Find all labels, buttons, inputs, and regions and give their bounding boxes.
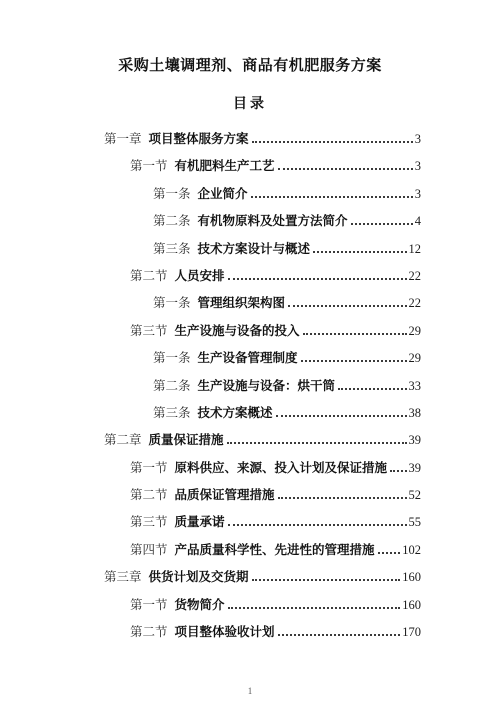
toc-leader-dots [378,551,401,554]
toc-entry-prefix: 第二条 [153,376,191,394]
toc-entry[interactable]: 第三章 供货计划及交货期 160 [104,567,421,594]
toc-leader-dots [278,167,413,170]
toc-entry-prefix: 第一条 [153,348,191,366]
toc-entry-prefix: 第一条 [153,293,191,311]
toc-entry-page: 22 [409,269,422,284]
toc-entry-title: 人员安排 [175,266,225,284]
toc-leader-dots [251,195,413,198]
toc-leader-dots [227,441,407,444]
toc-entry[interactable]: 第一条 企业简介 3 [104,184,421,211]
toc-entry-title: 技术方案概述 [198,403,273,421]
toc-entry-title: 生产设备管理制度 [198,348,298,366]
toc-leader-dots [390,469,406,472]
toc-entry-prefix: 第一节 [130,156,168,174]
toc-entry-prefix: 第一节 [130,458,168,476]
toc-entry-page: 160 [402,570,421,585]
toc-entry-title: 企业简介 [198,184,248,202]
toc-entry-page: 12 [409,242,422,257]
toc-entry-prefix: 第三条 [153,403,191,421]
toc-entry-page: 3 [415,187,421,202]
toc-entry-page: 38 [409,406,422,421]
toc-leader-dots [313,250,406,253]
toc-leader-dots [288,304,406,307]
toc-entry-title: 产品质量科学性、先进性的管理措施 [175,540,375,558]
toc-entry[interactable]: 第三节 生产设施与设备的投入 29 [104,321,421,348]
toc-entry-prefix: 第二章 [104,430,142,448]
toc-entry[interactable]: 第二章 质量保证措施 39 [104,430,421,457]
toc-entry-page: 55 [409,515,422,530]
toc-entry-page: 39 [409,461,422,476]
toc-leader-dots [278,496,407,499]
toc-leader-dots [252,140,413,143]
toc-entry-prefix: 第三节 [130,512,168,530]
toc-entry-prefix: 第一条 [153,184,191,202]
toc-entry-page: 22 [409,296,422,311]
toc-entry-title: 货物简介 [175,595,225,613]
toc-entry-title: 供货计划及交货期 [149,567,249,585]
toc-entry-page: 29 [409,351,422,366]
toc-entry-page: 29 [409,324,422,339]
toc-entry[interactable]: 第一条 生产设备管理制度 29 [104,348,421,375]
document-page: 采购土壤调理剂、商品有机肥服务方案 目录 第一章 项目整体服务方案 3 第一节 … [0,0,500,707]
footer-page-number: 1 [0,686,500,696]
toc-entry-page: 3 [415,159,421,174]
toc-leader-dots [303,332,407,335]
toc-entry-page: 33 [409,379,422,394]
toc-entry-title: 有机肥料生产工艺 [175,156,275,174]
toc-entry-title: 质量保证措施 [149,430,224,448]
toc-leader-dots [228,523,407,526]
toc-entry-prefix: 第三章 [104,567,142,585]
toc-entry-title: 生产设施与设备：烘干筒 [198,376,336,394]
toc-leader-dots [338,387,406,390]
document-title: 采购土壤调理剂、商品有机肥服务方案 [0,54,500,78]
toc-entry-prefix: 第一节 [130,595,168,613]
toc-entry-prefix: 第三条 [153,239,191,257]
toc-heading: 目录 [0,94,500,116]
toc-entry[interactable]: 第一节 有机肥料生产工艺 3 [104,156,421,183]
toc-entry-title: 有机物原料及处置方法简介 [198,211,348,229]
toc-list: 第一章 项目整体服务方案 3 第一节 有机肥料生产工艺 3 第一条 企业简介 3… [104,129,421,649]
toc-entry-title: 品质保证管理措施 [175,485,275,503]
toc-entry-page: 52 [409,488,422,503]
toc-entry-title: 管理组织架构图 [198,293,286,311]
toc-entry-page: 102 [402,543,421,558]
toc-leader-dots [276,414,407,417]
toc-entry-title: 技术方案设计与概述 [198,239,311,257]
toc-entry[interactable]: 第二节 人员安排 22 [104,266,421,293]
toc-leader-dots [228,277,407,280]
toc-entry[interactable]: 第一节 货物简介 160 [104,595,421,622]
toc-entry-title: 质量承诺 [175,512,225,530]
toc-leader-dots [278,633,401,636]
toc-entry[interactable]: 第三条 技术方案概述 38 [104,403,421,430]
toc-entry-page: 170 [402,625,421,640]
toc-entry-prefix: 第二节 [130,622,168,640]
toc-entry[interactable]: 第二条 有机物原料及处置方法简介 4 [104,211,421,238]
toc-entry-prefix: 第二节 [130,485,168,503]
toc-entry-prefix: 第一章 [104,129,142,147]
toc-entry[interactable]: 第二节 项目整体验收计划 170 [104,622,421,649]
toc-entry[interactable]: 第三条 技术方案设计与概述 12 [104,239,421,266]
toc-entry-prefix: 第二节 [130,266,168,284]
toc-leader-dots [228,606,401,609]
toc-entry[interactable]: 第二条 生产设施与设备：烘干筒 33 [104,376,421,403]
toc-entry[interactable]: 第四节 产品质量科学性、先进性的管理措施 102 [104,540,421,567]
toc-entry[interactable]: 第一章 项目整体服务方案 3 [104,129,421,156]
toc-leader-dots [252,578,401,581]
toc-entry-page: 3 [415,132,421,147]
toc-leader-dots [301,359,407,362]
toc-entry-title: 原料供应、来源、投入计划及保证措施 [175,458,388,476]
toc-entry-prefix: 第二条 [153,211,191,229]
toc-entry-title: 生产设施与设备的投入 [175,321,300,339]
toc-entry-page: 160 [402,598,421,613]
toc-entry-prefix: 第三节 [130,321,168,339]
toc-leader-dots [351,222,413,225]
toc-entry-title: 项目整体服务方案 [149,129,249,147]
toc-entry-page: 39 [409,433,422,448]
toc-entry-page: 4 [415,214,421,229]
toc-entry[interactable]: 第三节 质量承诺 55 [104,512,421,539]
toc-entry-title: 项目整体验收计划 [175,622,275,640]
toc-entry[interactable]: 第一条 管理组织架构图 22 [104,293,421,320]
toc-entry[interactable]: 第一节 原料供应、来源、投入计划及保证措施 39 [104,458,421,485]
toc-entry-prefix: 第四节 [130,540,168,558]
toc-entry[interactable]: 第二节 品质保证管理措施 52 [104,485,421,512]
